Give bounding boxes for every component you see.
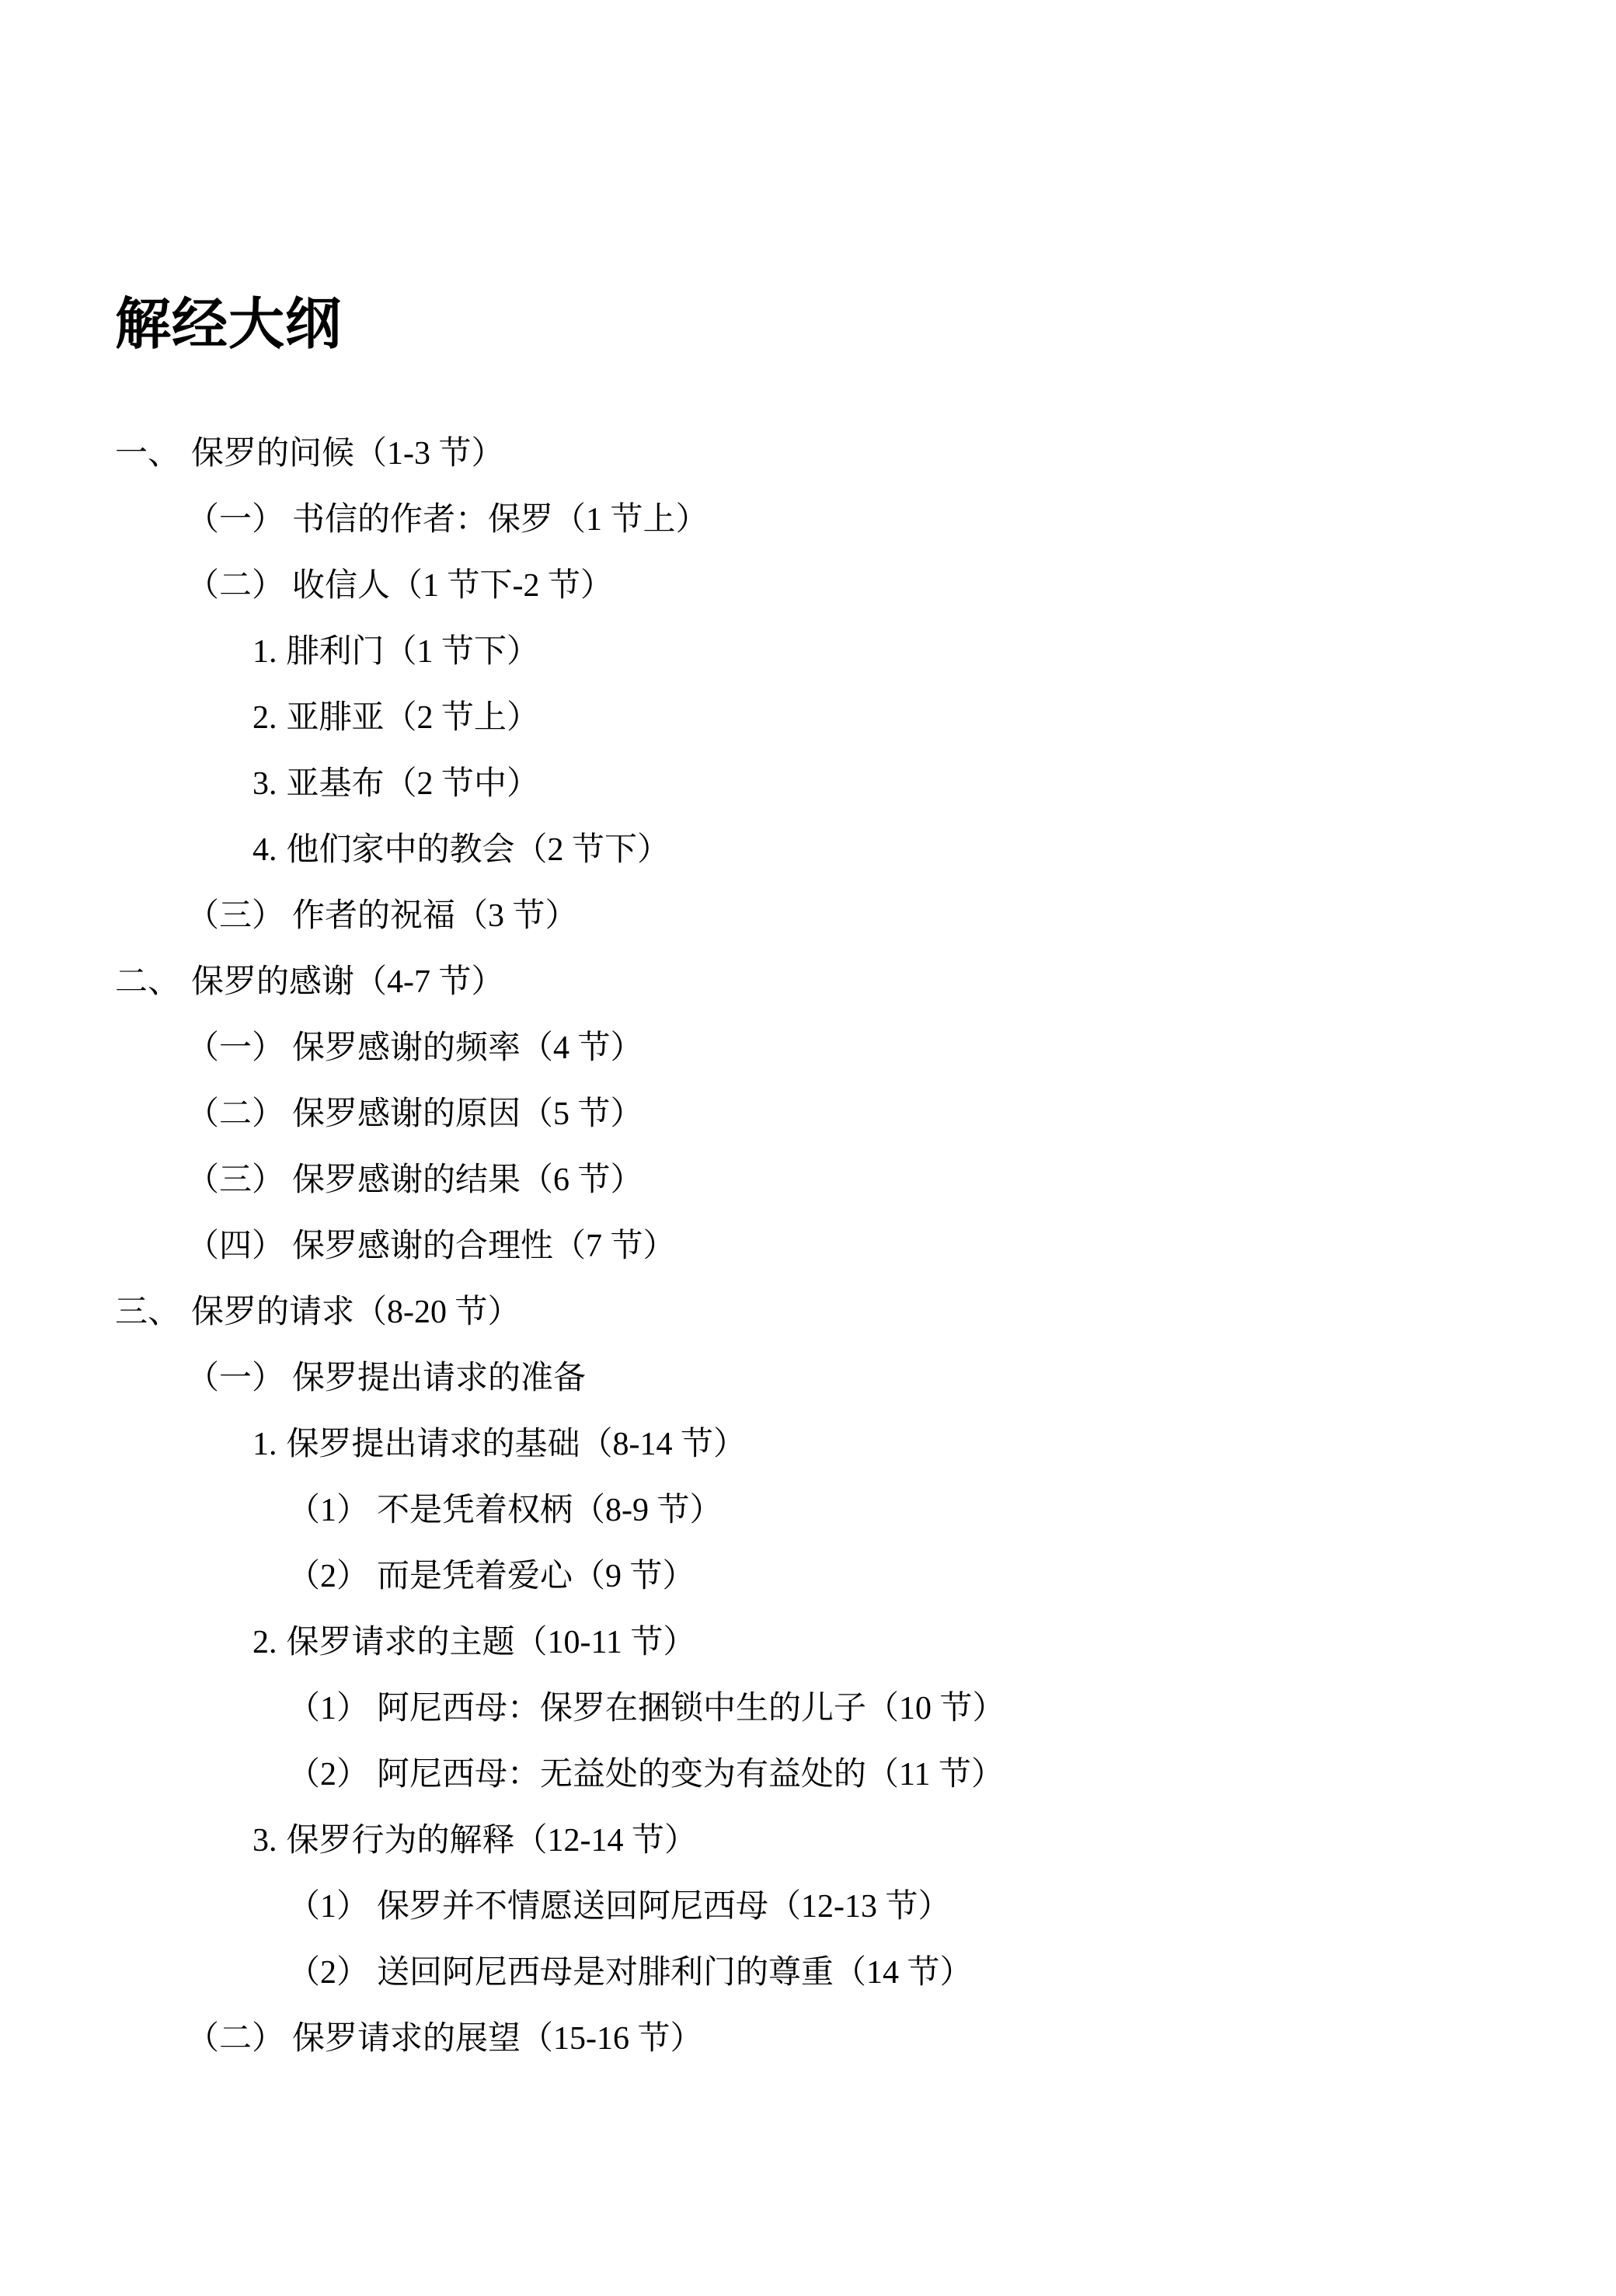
outline-item-text: 保罗请求的主题（10-11 节） (287, 1625, 696, 1660)
document-page: 解经大纲 一、保罗的问候（1-3 节）（一）书信的作者：保罗（1 节上）（二）收… (0, 0, 1616, 2296)
outline-item: 1.保罗提出请求的基础（8-14 节） (252, 1412, 1616, 1478)
outline-item-text: 保罗感谢的结果（6 节） (292, 1162, 643, 1198)
outline-item-marker: 4. (252, 832, 277, 868)
outline-item-marker: 三、 (115, 1294, 180, 1330)
outline-item-text: 阿尼西母：无益处的变为有益处的（11 节） (377, 1757, 1004, 1793)
outline-item-text: 保罗提出请求的准备 (292, 1361, 586, 1396)
outline-item: 3.保罗行为的解释（12-14 节） (252, 1808, 1616, 1874)
outline-item-text: 保罗感谢的合理性（7 节） (292, 1228, 676, 1264)
outline-item: 2.保罗请求的主题（10-11 节） (252, 1610, 1616, 1676)
outline-item: 三、保罗的请求（8-20 节） (115, 1280, 1616, 1346)
outline-item-marker: （2） (287, 1955, 369, 1991)
outline-item-marker: （二） (186, 1096, 284, 1132)
outline-item-text: 亚腓亚（2 节上） (287, 700, 540, 736)
outline-item-marker: （2） (287, 1757, 369, 1793)
outline-item-text: 而是凭着爱心（9 节） (377, 1559, 695, 1594)
outline-item-marker: （二） (186, 568, 284, 604)
outline-item-text: 保罗感谢的原因（5 节） (292, 1096, 643, 1132)
outline-item: 一、保罗的问候（1-3 节） (115, 421, 1616, 487)
outline-item-text: 他们家中的教会（2 节下） (287, 832, 670, 868)
outline-item-text: 保罗行为的解释（12-14 节） (287, 1823, 698, 1859)
outline-item-text: 不是凭着权柄（8-9 节） (377, 1493, 723, 1528)
outline-item-marker: （1） (287, 1889, 369, 1925)
outline-item-marker: （1） (287, 1691, 369, 1726)
outline-item-text: 保罗的问候（1-3 节） (191, 436, 504, 472)
outline-item-marker: 1. (252, 1427, 277, 1462)
outline-item: （1）阿尼西母：保罗在捆锁中生的儿子（10 节） (287, 1676, 1616, 1742)
outline-item: 1.腓利门（1 节下） (252, 619, 1616, 685)
outline-item: （三）作者的祝福（3 节） (186, 883, 1616, 949)
outline-item-marker: （二） (186, 2021, 284, 2057)
outline-item: （2）送回阿尼西母是对腓利门的尊重（14 节） (287, 1940, 1616, 2006)
outline-item-text: 送回阿尼西母是对腓利门的尊重（14 节） (377, 1955, 973, 1991)
outline-item-marker: （一） (186, 1361, 284, 1396)
outline-item: （2）而是凭着爱心（9 节） (287, 1544, 1616, 1610)
outline-item-marker: （四） (186, 1228, 284, 1264)
outline-item-marker: （一） (186, 1030, 284, 1066)
outline-item-text: 收信人（1 节下-2 节） (292, 568, 613, 604)
outline-item-text: 亚基布（2 节中） (287, 766, 540, 802)
outline-item-marker: 2. (252, 700, 277, 736)
outline-item: （三）保罗感谢的结果（6 节） (186, 1148, 1616, 1214)
outline-item-marker: 3. (252, 766, 277, 802)
outline-item-marker: 二、 (115, 964, 180, 1000)
outline-item-marker: （2） (287, 1559, 369, 1594)
outline-item: （2）阿尼西母：无益处的变为有益处的（11 节） (287, 1742, 1616, 1808)
outline-item: （四）保罗感谢的合理性（7 节） (186, 1214, 1616, 1280)
outline-item: （一）保罗感谢的频率（4 节） (186, 1016, 1616, 1082)
outline-item-text: 腓利门（1 节下） (287, 634, 540, 670)
page-title: 解经大纲 (115, 296, 1616, 352)
outline-item: （二）保罗感谢的原因（5 节） (186, 1082, 1616, 1148)
outline-item-marker: （一） (186, 502, 284, 538)
outline-item: （二）保罗请求的展望（15-16 节） (186, 2006, 1616, 2072)
outline-item-text: 书信的作者：保罗（1 节上） (292, 502, 709, 538)
outline-item: （1）不是凭着权柄（8-9 节） (287, 1478, 1616, 1544)
outline-item-text: 保罗的请求（8-20 节） (191, 1294, 521, 1330)
outline-item-marker: （三） (186, 898, 284, 934)
outline-item-text: 保罗感谢的频率（4 节） (292, 1030, 643, 1066)
outline-item-text: 保罗请求的展望（15-16 节） (292, 2021, 703, 2057)
outline-item-marker: （1） (287, 1493, 369, 1528)
outline-item: （一）保罗提出请求的准备 (186, 1346, 1616, 1412)
outline-item-text: 作者的祝福（3 节） (292, 898, 578, 934)
outline-item: 2.亚腓亚（2 节上） (252, 685, 1616, 751)
outline-item-marker: 3. (252, 1823, 277, 1859)
outline-item: （一）书信的作者：保罗（1 节上） (186, 487, 1616, 553)
outline-item-marker: （三） (186, 1162, 284, 1198)
outline-item-marker: 2. (252, 1625, 277, 1660)
outline-item-text: 保罗并不情愿送回阿尼西母（12-13 节） (377, 1889, 951, 1925)
outline-item-text: 阿尼西母：保罗在捆锁中生的儿子（10 节） (377, 1691, 1005, 1726)
outline-item: （1）保罗并不情愿送回阿尼西母（12-13 节） (287, 1874, 1616, 1940)
exegetical-outline: 一、保罗的问候（1-3 节）（一）书信的作者：保罗（1 节上）（二）收信人（1 … (0, 421, 1616, 2072)
outline-item-marker: 1. (252, 634, 277, 670)
outline-item: 3.亚基布（2 节中） (252, 751, 1616, 817)
outline-item: 二、保罗的感谢（4-7 节） (115, 949, 1616, 1016)
outline-item-text: 保罗的感谢（4-7 节） (191, 964, 504, 1000)
outline-item-text: 保罗提出请求的基础（8-14 节） (287, 1427, 747, 1462)
outline-item-marker: 一、 (115, 436, 180, 472)
outline-item: （二）收信人（1 节下-2 节） (186, 553, 1616, 619)
outline-item: 4.他们家中的教会（2 节下） (252, 817, 1616, 883)
